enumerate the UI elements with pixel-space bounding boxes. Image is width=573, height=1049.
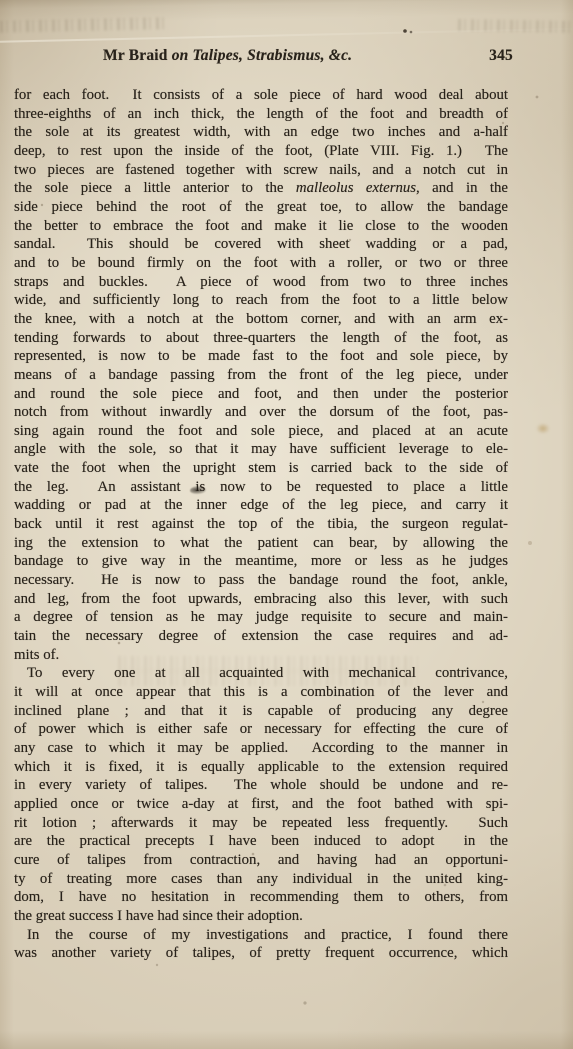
text-line: To every one at all acquainted with mech… — [14, 664, 508, 683]
text-line: sing again round the foot and sole piece… — [14, 422, 508, 441]
text-line: of power which is either safe or necessa… — [14, 720, 508, 739]
text-line: represented, is now to be made fast to t… — [14, 347, 508, 366]
text-line: wide, and sufficiently long to reach fro… — [14, 291, 508, 310]
text-line: bandage to give way in the meantime, mor… — [14, 552, 508, 571]
text-line: cure of talipes from contraction, and ha… — [14, 851, 508, 870]
text-line: the sole at its greatest width, with an … — [14, 123, 508, 142]
text-line: which it is fixed, it is equally applica… — [14, 758, 508, 777]
text-line: in every variety of talipes. The whole s… — [14, 776, 508, 795]
paper-stain — [536, 423, 550, 434]
text-line: two pieces are fastened together with sc… — [14, 161, 508, 180]
text-line: straps and buckles. A piece of wood from… — [14, 273, 508, 292]
text-line: In the course of my investigations and p… — [14, 926, 508, 945]
text-line: vate the foot when the upright stem is c… — [14, 459, 508, 478]
text-line: are the practical precepts I have been i… — [14, 832, 508, 851]
running-head-title: Mr Braid on Talipes, Strabismus, &c. — [103, 47, 352, 65]
text-line: and to be bound firmly on the foot with … — [14, 254, 508, 273]
text-line: it will at once appear that this is a co… — [14, 683, 508, 702]
text-line: three-eighths of an inch thick, the leng… — [14, 105, 508, 124]
page-text: for each foot. It consists of a sole pie… — [14, 86, 508, 963]
paper-fold-line — [0, 27, 573, 44]
text-line: mits of. — [14, 646, 508, 665]
text-line: the better to embrace the foot and make … — [14, 217, 508, 236]
text-line: ty of treating more cases than any indiv… — [14, 870, 508, 889]
text-line: back until it rest against the top of th… — [14, 515, 508, 534]
text-line: the leg. An assistant is now to be reque… — [14, 478, 508, 497]
page-number: 345 — [489, 47, 513, 65]
showthrough-smudge-top-right — [458, 19, 573, 33]
text-line: for each foot. It consists of a sole pie… — [14, 86, 508, 105]
text-line: notch from without inwardly and over the… — [14, 403, 508, 422]
text-line: the great success I have had since their… — [14, 907, 508, 926]
text-line: the sole piece a little anterior to the … — [14, 179, 508, 198]
text-line: any case to which it may be applied. Acc… — [14, 739, 508, 758]
running-head: Mr Braid on Talipes, Strabismus, &c. 345 — [0, 47, 573, 67]
text-line: angle with the sole, so that it may have… — [14, 440, 508, 459]
text-line: wadding or pad at the inner edge of the … — [14, 496, 508, 515]
text-line: ing the extension to what the patient ca… — [14, 534, 508, 553]
text-line: necessary. He is now to pass the bandage… — [14, 571, 508, 590]
paper-specks — [0, 0, 2, 2]
running-head-author: Mr Braid — [103, 47, 172, 64]
text-line: sandal. This should be covered with shee… — [14, 235, 508, 254]
text-line: tain the necessary degree of extension t… — [14, 627, 508, 646]
showthrough-smudge-top-left — [0, 17, 165, 32]
paragraph: for each foot. It consists of a sole pie… — [14, 86, 508, 664]
text-line: the knee, with a notch at the bottom cor… — [14, 310, 508, 329]
text-line: a degree of tension as he may judge requ… — [14, 608, 508, 627]
paragraph: In the course of my investigations and p… — [14, 926, 508, 963]
running-head-work-title: on Talipes, Strabismus, &c. — [172, 47, 353, 64]
text-line: means of a bandage passing from the fron… — [14, 366, 508, 385]
paragraph: To every one at all acquainted with mech… — [14, 664, 508, 925]
text-line: tending forwards to about three-quarters… — [14, 329, 508, 348]
book-page: Mr Braid on Talipes, Strabismus, &c. 345… — [0, 0, 573, 1049]
text-line: deep, to rest upon the inside of the foo… — [14, 142, 508, 161]
text-line: and round the sole piece and foot, and t… — [14, 385, 508, 404]
text-line: inclined plane ; and that it is capable … — [14, 702, 508, 721]
text-line: was another variety of talipes, of prett… — [14, 944, 508, 963]
text-line: dom, I have no hesitation in recommendin… — [14, 888, 508, 907]
text-line: side piece behind the root of the great … — [14, 198, 508, 217]
text-line: rit lotion ; afterwards it may be repeat… — [14, 814, 508, 833]
text-line: applied once or twice a-day at first, an… — [14, 795, 508, 814]
text-line: and leg, from the foot upwards, embracin… — [14, 590, 508, 609]
